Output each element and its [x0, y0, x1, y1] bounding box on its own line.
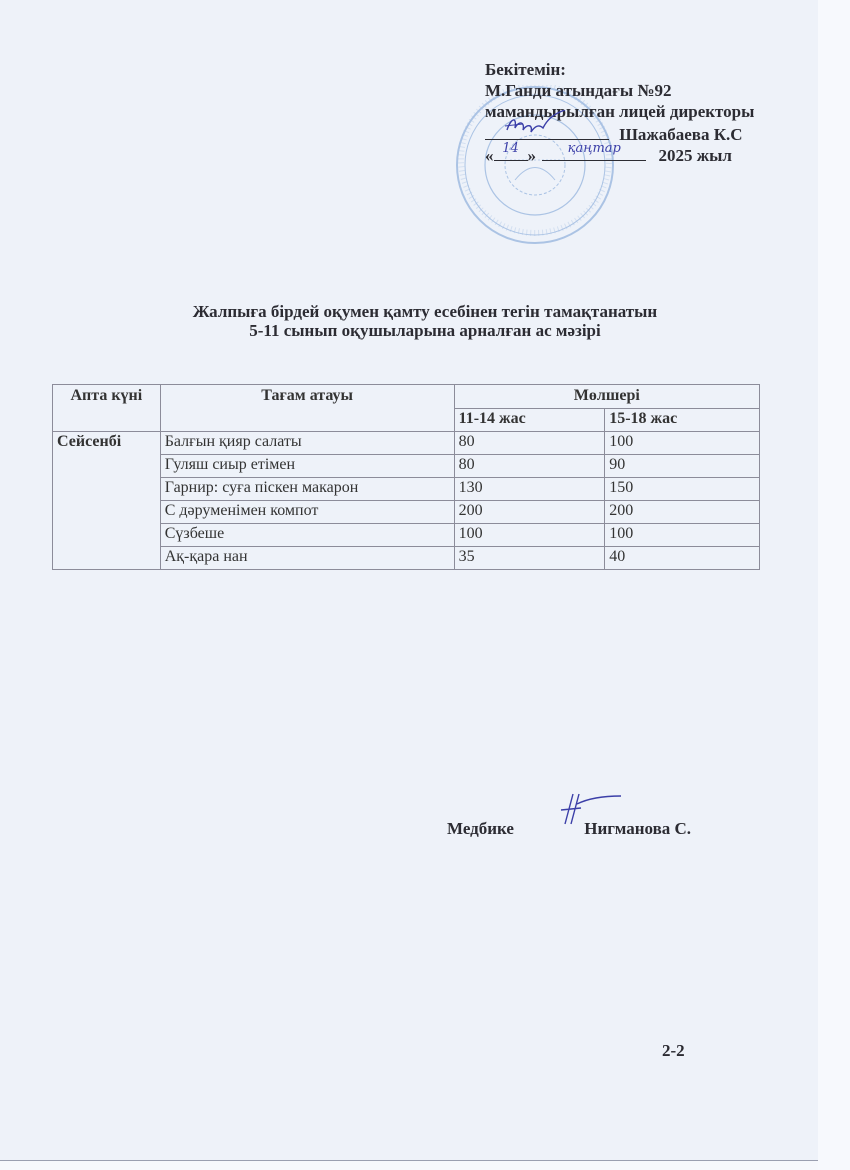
header-dish: Тағам атауы: [160, 385, 454, 432]
age1-cell: 80: [454, 432, 605, 455]
age1-cell: 100: [454, 524, 605, 547]
approval-date-line: «14» қаңтар 2025 жыл: [485, 143, 754, 164]
document-title: Жалпыға бірдей оқумен қамту есебінен тег…: [0, 302, 850, 340]
approval-org-line1: М.Ганди атындағы №92: [485, 80, 754, 101]
dish-cell: Балғын қияр салаты: [160, 432, 454, 455]
dish-cell: Ақ-қара нан: [160, 547, 454, 570]
header-age-15-18: 15-18 жас: [605, 409, 760, 432]
page-number: 2-2: [662, 1041, 685, 1061]
age2-cell: 150: [605, 478, 760, 501]
dish-cell: С дәруменімен компот: [160, 501, 454, 524]
title-line1: Жалпыға бірдей оқумен қамту есебінен тег…: [0, 302, 850, 321]
date-month-field: қаңтар: [542, 143, 646, 161]
approval-heading: Бекітемін:: [485, 59, 754, 80]
age2-cell: 40: [605, 547, 760, 570]
nurse-role: Медбике: [447, 819, 514, 838]
nurse-signature-block: Медбике Нигманова С.: [447, 819, 691, 839]
date-day: 14: [494, 138, 528, 159]
table-row: Сейсенбі Балғын қияр салаты 80 100: [53, 432, 760, 455]
date-month: қаңтар: [542, 138, 646, 159]
date-year: 2025 жыл: [659, 146, 732, 165]
age2-cell: 200: [605, 501, 760, 524]
menu-table: Апта күні Тағам атауы Мөлшері 11-14 жас …: [52, 384, 760, 570]
age1-cell: 130: [454, 478, 605, 501]
dish-cell: Гарнир: суға піскен макарон: [160, 478, 454, 501]
age2-cell: 100: [605, 524, 760, 547]
header-day: Апта күні: [53, 385, 161, 432]
header-age-11-14: 11-14 жас: [454, 409, 605, 432]
age1-cell: 80: [454, 455, 605, 478]
dish-cell: Гуляш сиыр етімен: [160, 455, 454, 478]
nurse-name: Нигманова С.: [584, 819, 691, 838]
day-cell: Сейсенбі: [53, 432, 161, 570]
age1-cell: 35: [454, 547, 605, 570]
scan-margin: [818, 0, 850, 1170]
date-open-quote: «: [485, 146, 494, 165]
age1-cell: 200: [454, 501, 605, 524]
director-signature-icon: [503, 110, 583, 140]
date-day-field: 14: [494, 143, 528, 161]
header-amount: Мөлшері: [454, 385, 759, 409]
dish-cell: Сүзбеше: [160, 524, 454, 547]
age2-cell: 100: [605, 432, 760, 455]
table-body: Сейсенбі Балғын қияр салаты 80 100 Гуляш…: [53, 432, 760, 570]
title-line2: 5-11 сынып оқушыларына арналған ас мәзір…: [0, 321, 850, 340]
date-close-quote: »: [528, 146, 537, 165]
approval-block: Бекітемін: М.Ганди атындағы №92 мамандыр…: [485, 59, 754, 164]
document-page: [0, 0, 818, 1161]
age2-cell: 90: [605, 455, 760, 478]
table-header-row: Апта күні Тағам атауы Мөлшері: [53, 385, 760, 409]
